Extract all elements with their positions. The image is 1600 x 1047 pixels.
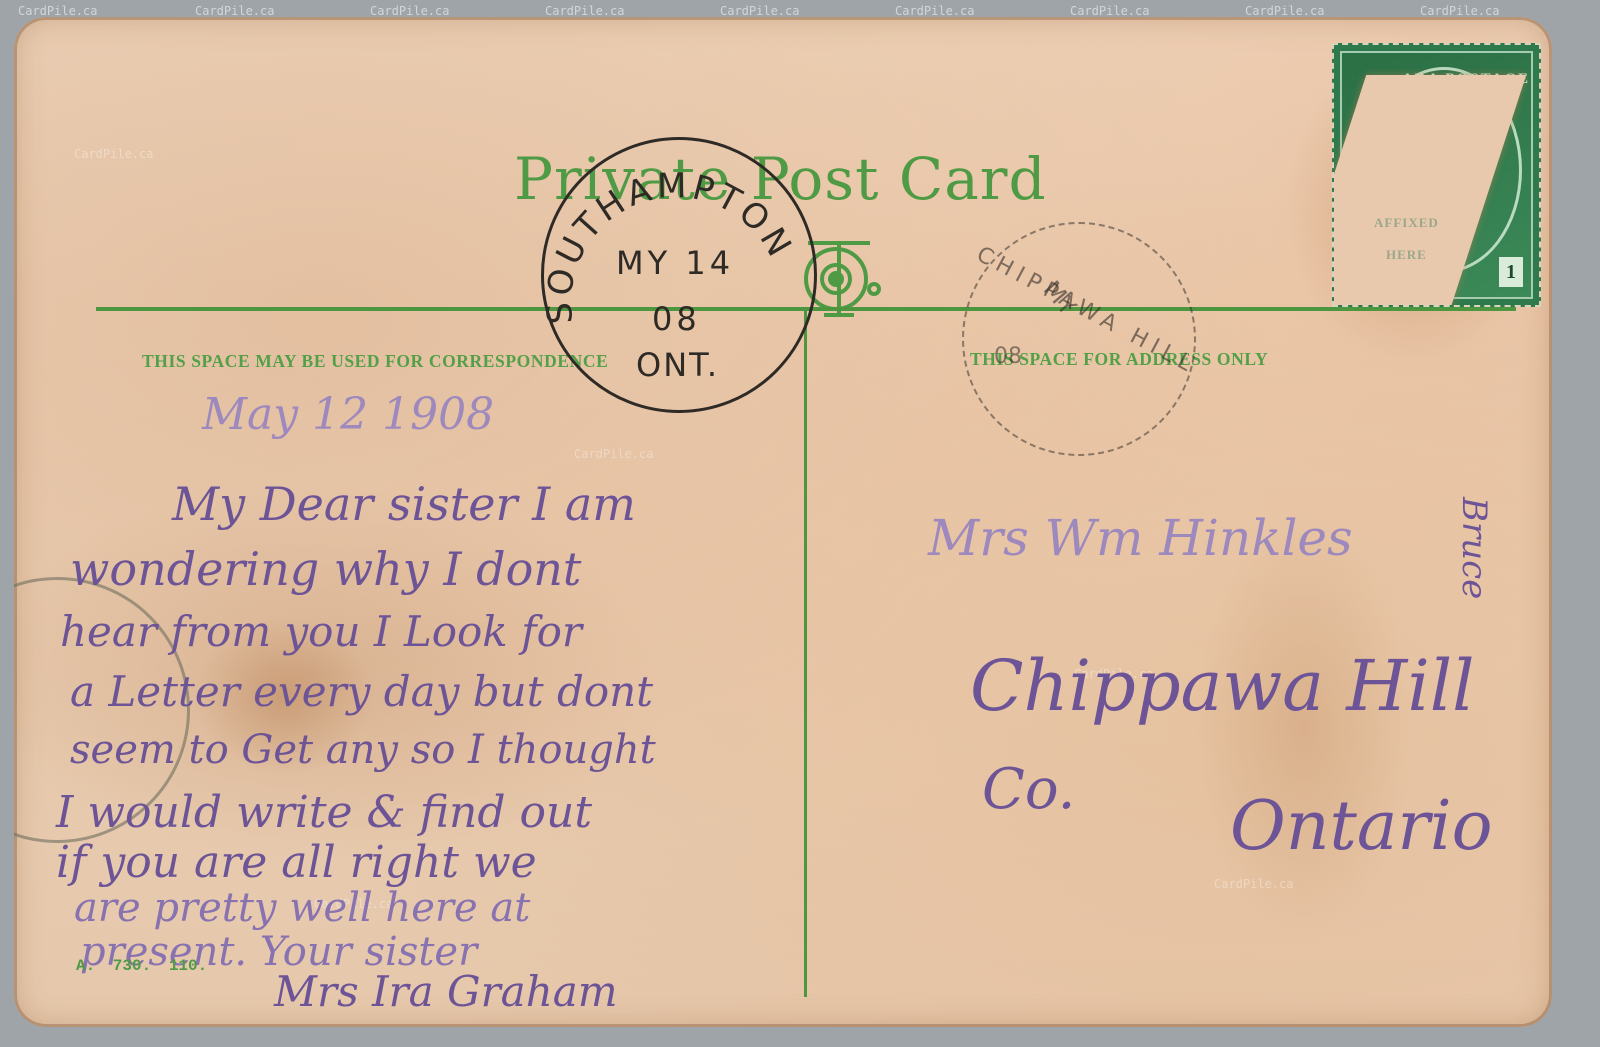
chippawa-hill-postmark: CHIPPAWA HILL MY 08 <box>962 222 1196 456</box>
stamp-denomination: 1 <box>1499 257 1523 287</box>
southampton-postmark: SOUTHAMPTON MY 14 08 ONT. <box>541 137 817 413</box>
message-line: I would write & find out <box>56 787 592 838</box>
paper-stain <box>1194 517 1414 937</box>
postage-stamp: ADA POSTAGE 1 AFFIXED HERE <box>1332 43 1541 307</box>
watermark: CardPile.ca <box>545 4 624 18</box>
address-line: Ontario <box>1230 787 1493 866</box>
watermark: CardPile.ca <box>1420 4 1499 18</box>
watermark: CardPile.ca <box>1070 4 1149 18</box>
watermark: CardPile.ca <box>574 447 653 461</box>
stamp-overprint: AFFIXED HERE <box>1374 207 1439 271</box>
watermark: CardPile.ca <box>18 4 97 18</box>
correspondence-label: THIS SPACE MAY BE USED FOR CORRESPONDENC… <box>142 351 608 372</box>
address-line: Mrs Wm Hinkles <box>928 509 1353 567</box>
postmark-date: MY 14 <box>616 244 734 282</box>
message-line: wondering why I dont <box>70 542 581 596</box>
address-margin-note: Bruce <box>1454 497 1494 599</box>
message-line: hear from you I Look for <box>60 607 582 656</box>
message-line: a Letter every day but dont <box>70 667 653 716</box>
address-line: Co. <box>982 757 1075 822</box>
vertical-divider <box>804 311 807 997</box>
message-signature: Mrs Ira Graham <box>274 967 618 1016</box>
watermark: CardPile.ca <box>195 4 274 18</box>
watermark: CardPile.ca <box>720 4 799 18</box>
postmark-province: ONT. <box>636 346 719 384</box>
watermark: CardPile.ca <box>1214 877 1293 891</box>
watermark: CardPile.ca <box>895 4 974 18</box>
watermark: CardPile.ca <box>370 4 449 18</box>
message-date: May 12 1908 <box>202 389 494 440</box>
postmark-year: 08 <box>994 344 1022 369</box>
postmark-year: 08 <box>652 300 701 338</box>
overprint-line: AFFIXED <box>1374 207 1439 239</box>
message-line: are pretty well here at <box>74 885 530 931</box>
message-line: seem to Get any so I thought <box>70 727 656 773</box>
watermark: CardPile.ca <box>1245 4 1324 18</box>
printer-code: A. 730. 110. <box>76 957 207 975</box>
postcard: CardPile.ca CardPile.ca CardPile.ca Card… <box>14 17 1552 1027</box>
address-line: Chippawa Hill <box>970 645 1475 727</box>
message-line: if you are all right we <box>56 837 537 888</box>
message-line: My Dear sister I am <box>172 477 636 531</box>
overprint-line: HERE <box>1374 239 1439 271</box>
watermark: CardPile.ca <box>74 147 153 161</box>
